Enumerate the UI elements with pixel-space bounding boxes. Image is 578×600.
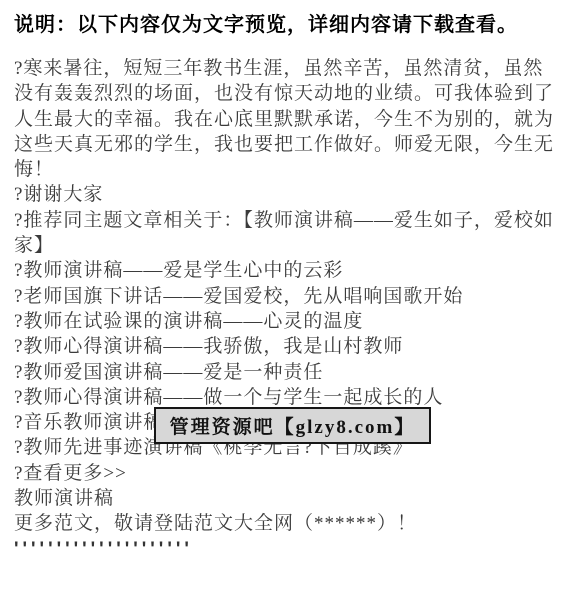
text-line: ?教师心得演讲稿——我骄傲，我是山村教师 — [14, 334, 561, 359]
text-line: ?教师演讲稿——爱是学生心中的云彩 — [14, 258, 561, 283]
text-line: ?老师国旗下讲话——爱国爱校，先从唱响国歌开始 — [14, 284, 561, 309]
watermark-label: 管理资源吧【glzy8.com】 — [170, 412, 416, 439]
document-preview-page: 说明：以下内容仅为文字预览，详细内容请下载查看。 ?寒来暑往，短短三年教书生涯，… — [0, 0, 578, 600]
text-line: 更多范文，敬请登陆范文大全网（******）！ — [14, 511, 561, 536]
watermark-badge: 管理资源吧【glzy8.com】 — [154, 407, 431, 444]
ellipsis-row: ''''''''''''''''''''' — [14, 537, 561, 562]
text-line: ?查看更多>> — [14, 461, 561, 486]
text-line: ?谢谢大家 — [14, 182, 561, 207]
notice-title: 说明：以下内容仅为文字预览，详细内容请下载查看。 — [14, 12, 564, 39]
text-line: ?教师爱国演讲稿——爱是一种责任 — [14, 360, 561, 385]
text-line: ?寒来暑往，短短三年教书生涯，虽然辛苦，虽然清贫，虽然没有轰轰烈烈的场面，也没有… — [14, 56, 561, 182]
text-line: 教师演讲稿 — [14, 486, 561, 511]
text-line: ?推荐同主题文章相关于：【教师演讲稿——爱生如子，爱校如家】 — [14, 208, 561, 259]
text-line: ?教师在试验课的演讲稿——心灵的温度 — [14, 309, 561, 334]
document-content: ?寒来暑往，短短三年教书生涯，虽然辛苦，虽然清贫，虽然没有轰轰烈烈的场面，也没有… — [14, 56, 561, 562]
